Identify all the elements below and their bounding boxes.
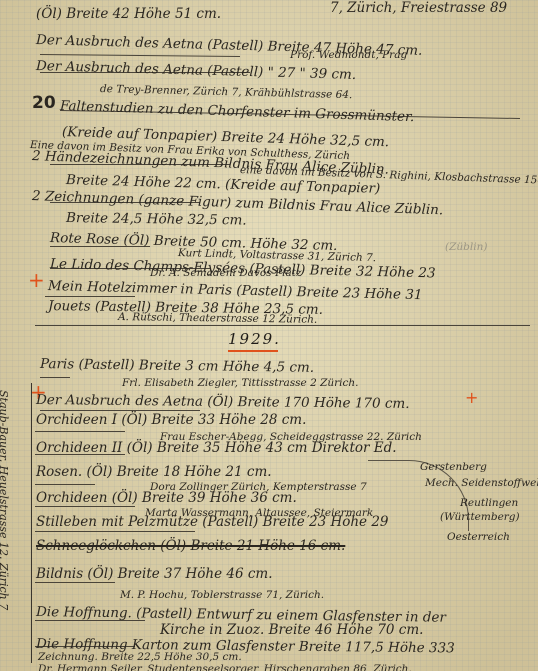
entry-note: Zeichnung. Breite 22,5 Höhe 30,5 cm. — [38, 652, 242, 663]
red-cross-mark: + — [28, 270, 45, 290]
entry-note: Dr. A. Semadeni Davos-Platz — [150, 268, 302, 279]
entry-line: Breite 24,5 Höhe 32,5 cm. — [66, 212, 247, 228]
entry-number: 20 — [32, 95, 56, 112]
entry-line: Der Ausbruch des Aetna (Pastell) " 27 " … — [36, 60, 357, 82]
entry-note: M. P. Hochu, Toblerstrasse 71, Zürich. — [120, 590, 324, 601]
ledger-page: (Öl) Breite 42 Höhe 51 cm. 7, Zürich, Fr… — [0, 0, 538, 671]
entry-note: Dr. Hermann Seiler, Studentenseelsorger,… — [38, 664, 412, 671]
entry-line: Stilleben mit Pelzmütze (Pastell) Breite… — [36, 516, 389, 530]
pencil-note: (Züblin) — [445, 242, 487, 253]
rule-line — [35, 582, 115, 583]
rule-line — [35, 484, 95, 485]
rule-line — [45, 296, 135, 297]
entry-line: (Öl) Breite 42 Höhe 51 cm. — [36, 8, 221, 22]
entry-line: Orchideen II (Öl) Breite 35 Höhe 43 cm D… — [36, 442, 397, 456]
entry-line: Rosen. (Öl) Breite 18 Höhe 21 cm. — [36, 466, 272, 480]
entry-note: Reutlingen — [460, 498, 518, 509]
rule-line — [35, 431, 125, 432]
year-underline — [228, 350, 278, 352]
entry-line: Faltenstudien zu den Chorfenster im Gros… — [60, 100, 415, 125]
rule-line — [40, 377, 70, 378]
rule-line — [35, 531, 195, 532]
entry-note: Gerstenberg — [420, 462, 487, 473]
entry-note: de Trey-Brenner, Zürich 7, Krähbühlstras… — [100, 84, 353, 101]
year-heading: 1929. — [228, 330, 281, 348]
entry-note: Oesterreich — [447, 532, 510, 543]
entry-note: Mech. Seidenstoffweberei — [425, 478, 538, 489]
entry-note: Frl. Elisabeth Ziegler, Tittisstrasse 2 … — [122, 378, 359, 389]
entry-line: Orchideen I (Öl) Breite 33 Höhe 28 cm. — [36, 414, 306, 428]
entry-line: Orchideen (Öl) Breite 39 Höhe 36 cm. — [36, 492, 297, 506]
rule-line — [40, 54, 240, 57]
entry-line: Bildnis (Öl) Breite 37 Höhe 46 cm. — [36, 568, 273, 582]
margin-note-vertical: Staub-Bauer, Heuelstrasse 12. Zürich 7 — [0, 390, 10, 610]
struck-entry-line: Schneeglöckchen (Öl) Breite 21 Höhe 16 c… — [36, 540, 345, 554]
red-cross-mark: + — [465, 390, 478, 406]
entry-line: Paris (Pastell) Breite 3 cm Höhe 4,5 cm. — [40, 358, 314, 375]
entry-note: (Württemberg) — [440, 512, 520, 523]
rule-line — [40, 410, 200, 411]
rule-line — [35, 506, 135, 507]
entry-note: Prof. Wedmondt, Prag — [290, 50, 407, 61]
entry-line: 7, Zürich, Freiestrasse 89 — [330, 2, 507, 16]
entry-line: Der Ausbruch des Aetna (Öl) Breite 170 H… — [36, 394, 410, 411]
entry-note: A. Rütschi, Theaterstrasse 12 Zürich. — [118, 312, 317, 325]
entry-line: Kirche in Zuoz. Breite 46 Höhe 70 cm. — [160, 624, 423, 638]
